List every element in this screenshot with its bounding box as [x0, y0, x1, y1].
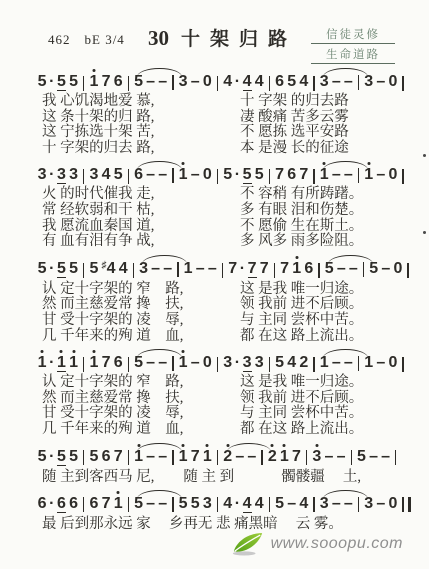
lyric-right: 与 主同 尝杯中苦。 [240, 406, 419, 422]
slur-group: 5––5 [323, 260, 380, 277]
note: 5 [90, 448, 99, 465]
lyric-row: 火 的时代催我 走,不 容稍 有所踌躇。 [42, 187, 419, 203]
lyric-right: 多 有眼 泪和伤楚。 [240, 203, 419, 219]
barline [395, 450, 396, 465]
note: 3 [312, 448, 321, 465]
lyric-right: 多 风多 雨多险阻。 [240, 234, 419, 250]
note: 0 [388, 166, 397, 183]
slur-group: 5––3 [132, 73, 189, 90]
note: 1 [292, 260, 301, 277]
barline [217, 450, 218, 465]
dash: – [376, 354, 385, 371]
site-url[interactable]: www.sooopu.com [271, 535, 403, 553]
dash: – [196, 260, 205, 277]
barline [83, 169, 84, 184]
lyric-left: 我 愿流血秦国 道, [42, 219, 240, 235]
note: 5 [38, 73, 47, 90]
dash: – [332, 166, 341, 183]
note: 7 [248, 260, 257, 278]
lyric-right: 领 我前 进不后顾。 [240, 391, 419, 407]
barline [172, 497, 173, 512]
dash: – [235, 448, 244, 465]
barline [402, 169, 403, 184]
barline [177, 262, 178, 277]
lyric-left: 然 而主慈爱常 搀 扶, [42, 297, 240, 313]
lyric-block: 认 定十字架的 窄 路,这 是我 唯一归途。然 而主慈爱常 搀 扶,领 我前 进… [42, 375, 419, 437]
note: 4 [287, 354, 296, 371]
note: 7 [275, 166, 284, 183]
note: 7 [102, 495, 111, 512]
barline [128, 357, 129, 372]
dash: – [146, 354, 155, 371]
lyric-row: 这 宁拣选十架 苦,不 愿拣 选平安路 [42, 125, 419, 141]
dash: – [163, 260, 172, 277]
note: 5 [69, 448, 78, 465]
dash: – [191, 73, 200, 90]
note: 5 [134, 73, 143, 90]
note: 3 [90, 166, 99, 183]
lyric-row-full: 最 后到那永远 家 乡再无 悲 痛黑暗 云 雾。 [42, 516, 419, 533]
barline [222, 263, 223, 278]
note: 6 [38, 495, 47, 512]
dash: – [324, 448, 333, 465]
lyric-right: 与 主同 尝杯中苦。 [240, 313, 419, 329]
note: 1 [184, 260, 193, 277]
lyric-row: 我 愿流血秦国 道,不 愿偷 生在斯土。 [42, 219, 419, 235]
note: 4 [223, 73, 232, 90]
barline [261, 450, 262, 465]
music-line-3: 3·333456––1–05·557671––1–0 [30, 159, 419, 186]
note: · [240, 260, 245, 277]
note: 1 [114, 495, 123, 512]
slur-group: 3––1 [137, 260, 194, 277]
lyric-row: 常 经软弱和干 枯,多 有眼 泪和伤楚。 [42, 203, 419, 219]
song-title-text: 十架归路 [181, 29, 297, 50]
note: 6 [69, 495, 78, 512]
barline [128, 169, 129, 184]
note: 1 [90, 73, 99, 90]
music-line-5: 5·555♯443––1––7·777165––5–0 [30, 253, 419, 281]
note: 7 [299, 166, 308, 183]
slur-group: 2––2 [222, 448, 279, 465]
note: 6 [57, 495, 66, 513]
note: 0 [203, 73, 212, 90]
note: 1 [364, 166, 373, 183]
lyric-left: 火 的时代催我 走, [42, 187, 240, 203]
note: 3 [320, 73, 329, 90]
note: 5 [134, 354, 143, 371]
note: 2 [299, 354, 308, 371]
dash: – [146, 166, 155, 183]
note: 5 [287, 73, 296, 90]
lyric-right: 领 我前 进不后顾。 [240, 297, 419, 313]
note: 1 [90, 354, 99, 371]
lyric-block: 我 心饥渴地爱 慕,十 字架 的归去路这 条十架的归 路,凄 酸痛 苦多云雾这 … [42, 94, 419, 156]
barline [358, 356, 359, 371]
dash: – [376, 73, 385, 90]
note: 0 [203, 166, 212, 183]
note: 5 [57, 260, 66, 278]
barline [83, 76, 84, 91]
note: 3 [69, 166, 78, 183]
sharp-sign: ♯ [102, 260, 107, 271]
dash: – [369, 448, 378, 465]
slur-group: 1––1 [318, 354, 375, 371]
note: 7 [102, 73, 111, 90]
note: · [49, 260, 54, 277]
lyric-left: 我 心饥渴地爱 慕, [42, 94, 240, 110]
note: 3 [223, 354, 232, 371]
lyric-row: 然 而主慈爱常 搀 扶,领 我前 进不后顾。 [42, 391, 419, 407]
note: 5 [134, 495, 143, 512]
note: 4 [255, 73, 264, 90]
note: 5 [191, 495, 200, 512]
lyric-row: 十 字架的归去 路,本 是漫 长的征途 [42, 141, 419, 157]
note: · [235, 166, 240, 183]
lyric-right: 十 字架 的归去路 [240, 94, 419, 110]
dash: – [158, 166, 167, 183]
note: 5 [275, 354, 284, 371]
note: 4 [243, 495, 252, 513]
music-line-9: 5·555671––1712––2173––5–– [30, 441, 419, 468]
note: 4 [102, 166, 111, 183]
note: 5 [90, 260, 99, 277]
dash: – [191, 354, 200, 371]
dash: – [344, 166, 353, 183]
note: 3 [364, 73, 373, 90]
barline [407, 263, 408, 278]
barline [358, 168, 359, 183]
note: 1 [57, 354, 66, 372]
credit-line-2: 生命道路 [311, 46, 395, 64]
note: 1 [364, 354, 373, 371]
slur-group: 3––3 [318, 73, 375, 90]
note: 4 [299, 495, 308, 512]
note: 4 [255, 495, 264, 512]
lyric-right: 都 在这 路上流出。 [240, 422, 419, 438]
note: 5 [57, 448, 66, 466]
dash: – [158, 495, 167, 512]
lyric-right: 本 是漫 长的征途 [240, 141, 419, 157]
barline [269, 76, 270, 91]
barline [402, 76, 403, 91]
lyric-left: 甘 受十字架的 凌 辱, [42, 313, 240, 329]
lyric-left: 常 经软弱和干 枯, [42, 203, 240, 219]
dash: – [376, 495, 385, 512]
note: 4 [299, 73, 308, 90]
lyric-right: 不 愿拣 选平安路 [240, 125, 419, 141]
note: · [235, 354, 240, 371]
lyric-row: 认 定十字架的 窄 路,这 是我 唯一归途。 [42, 282, 419, 298]
note: · [235, 495, 240, 512]
barline [313, 497, 314, 512]
note: 1 [320, 166, 329, 183]
barline [83, 497, 84, 512]
dash: – [332, 495, 341, 512]
music-line-7: 1·111765––1–03·335421––1–0 [30, 347, 419, 374]
note: 5 [69, 260, 78, 277]
lyric-left: 然 而主慈爱常 搀 扶, [42, 391, 240, 407]
dash: – [344, 354, 353, 371]
note: · [49, 73, 54, 90]
note: 5 [223, 166, 232, 183]
note: ♯4 [102, 260, 116, 279]
dash: – [158, 354, 167, 371]
note: 1 [179, 448, 188, 465]
lyric-right: 都 在这 路上流出。 [240, 329, 419, 345]
note: 0 [388, 495, 397, 512]
dash: – [146, 495, 155, 512]
note: 2 [268, 448, 277, 465]
note: 0 [203, 354, 212, 371]
footer: www.sooopu.com [231, 531, 403, 557]
note: 5 [69, 73, 78, 90]
dash: – [337, 260, 346, 277]
lyric-left: 有 血有泪有争 战, [42, 234, 240, 250]
note: 3 [57, 166, 66, 184]
barline [358, 497, 359, 512]
key-time-signature: bE 3/4 [85, 32, 125, 47]
barline [269, 357, 270, 372]
note: 1 [134, 448, 143, 465]
slur-group: 1––1 [132, 448, 189, 465]
barline [83, 450, 84, 465]
barline [358, 75, 359, 90]
barline [351, 450, 352, 465]
note: · [235, 73, 240, 90]
note: 3 [243, 354, 252, 372]
barline [217, 357, 218, 372]
note: 0 [393, 260, 402, 277]
note: 5 [255, 166, 264, 183]
dash: – [344, 73, 353, 90]
slur-group: 1––1 [318, 166, 375, 183]
dash: – [191, 166, 200, 183]
note: 7 [102, 354, 111, 371]
lyric-left: 认 定十字架的 窄 路, [42, 282, 240, 298]
barline [318, 263, 319, 278]
leaf-icon [231, 531, 265, 557]
note: 6 [90, 495, 99, 512]
note: 4 [243, 73, 252, 91]
note: 6 [114, 354, 123, 371]
dash: – [337, 448, 346, 465]
note: 1 [320, 354, 329, 371]
note: 5 [57, 73, 66, 91]
lyric-right: 不 容稍 有所踌躇。 [240, 187, 419, 203]
barline [269, 497, 270, 512]
lyric-row: 我 心饥渴地爱 慕,十 字架 的归去路 [42, 94, 419, 110]
note: · [49, 354, 54, 371]
note: 3 [320, 495, 329, 512]
dash: – [146, 73, 155, 90]
lyric-right: 不 愿偷 生在斯土。 [240, 219, 419, 235]
music-line-1: 5·551765––3–04·446543––3–0 [30, 66, 419, 93]
slur-group: 3––3 [318, 495, 375, 512]
note: 7 [292, 448, 301, 465]
credit-line-1: 信徒灵修 [311, 26, 395, 44]
barline [128, 497, 129, 512]
note: 7 [114, 448, 123, 465]
lyric-right: 这 是我 唯一归途。 [240, 282, 419, 298]
barline [217, 76, 218, 91]
note: 1 [179, 354, 188, 371]
barline [217, 497, 218, 512]
note: 3 [203, 495, 212, 512]
lyric-row: 认 定十字架的 窄 路,这 是我 唯一归途。 [42, 375, 419, 391]
sheet-page: 462bE 3/4 30十架归路 信徒灵修 生命道路 5·551765––3–0… [0, 0, 429, 533]
lyric-left: 这 宁拣选十架 苦, [42, 125, 240, 141]
barline [217, 169, 218, 184]
barline [172, 356, 173, 371]
note: 3 [255, 354, 264, 371]
note: · [49, 495, 54, 512]
note: 5 [243, 166, 252, 184]
catalog-and-key: 462bE 3/4 [48, 32, 125, 48]
barline [133, 263, 134, 278]
dash: – [344, 495, 353, 512]
dash: – [381, 448, 390, 465]
dash: – [287, 495, 296, 512]
lyric-right: 凄 酸痛 苦多云雾 [240, 110, 419, 126]
lyric-right: 这 是我 唯一归途。 [240, 375, 419, 391]
note: 6 [304, 260, 313, 277]
note: 0 [388, 354, 397, 371]
slur-group: 5––1 [132, 354, 189, 371]
dash: – [151, 260, 160, 277]
song-number: 30 [148, 26, 169, 50]
scan-speck [423, 231, 426, 234]
dash: – [349, 260, 358, 277]
lyric-left: 几 千年来的殉 道 血, [42, 422, 240, 438]
lyric-row: 然 而主慈爱常 搀 扶,领 我前 进不后顾。 [42, 297, 419, 313]
credits-block: 信徒灵修 生命道路 [311, 26, 395, 66]
note: 4 [223, 495, 232, 512]
lyric-row-full: 随 主到客西马 尼, 随 主 到 髑髅疆 土, [42, 469, 419, 486]
barline [313, 76, 314, 91]
barline [274, 263, 275, 278]
lyric-left: 认 定十字架的 窄 路, [42, 375, 240, 391]
note: 1 [203, 448, 212, 465]
slur-group: 5––5 [132, 495, 189, 512]
lyric-block: 认 定十字架的 窄 路,这 是我 唯一归途。然 而主慈爱常 搀 扶,领 我前 进… [42, 282, 419, 344]
note: · [49, 166, 54, 183]
barline [363, 262, 364, 277]
note: 7 [260, 260, 269, 277]
lyric-row: 这 条十架的归 路,凄 酸痛 苦多云雾 [42, 110, 419, 126]
note: 4 [119, 260, 128, 277]
note: 6 [102, 448, 111, 465]
barline [313, 357, 314, 372]
dash: – [381, 260, 390, 277]
note: 1 [69, 354, 78, 371]
note: 5 [179, 495, 188, 512]
note: 3 [38, 166, 47, 183]
note: 6 [275, 73, 284, 90]
lyric-row: 甘 受十字架的 凌 辱,与 主同 尝杯中苦。 [42, 406, 419, 422]
score-body: 5·551765––3–04·446543––3–0我 心饥渴地爱 慕,十 字架… [30, 66, 419, 533]
lyric-left: 十 字架的归去 路, [42, 141, 240, 157]
slur-group: 6––1 [132, 166, 189, 183]
note: 5 [325, 260, 334, 277]
note: 6 [114, 73, 123, 90]
note: 2 [223, 448, 232, 465]
barline [172, 168, 173, 183]
dash: – [158, 448, 167, 465]
barline [83, 263, 84, 278]
lyric-left: 这 条十架的归 路, [42, 110, 240, 126]
dash: – [247, 448, 256, 465]
barline [172, 450, 173, 465]
barline [83, 357, 84, 372]
barline [172, 75, 173, 90]
lyric-block: 火 的时代催我 走,不 容稍 有所踌躇。常 经软弱和干 枯,多 有眼 泪和伤楚。… [42, 187, 419, 249]
note: 1 [179, 166, 188, 183]
note: 5 [357, 448, 366, 465]
note: 7 [280, 260, 289, 277]
lyric-row: 甘 受十字架的 凌 辱,与 主同 尝杯中苦。 [42, 313, 419, 329]
lyric-left: 甘 受十字架的 凌 辱, [42, 406, 240, 422]
note: 6 [134, 166, 143, 183]
barline [402, 357, 403, 372]
final-barline [408, 497, 411, 512]
note: 3 [364, 495, 373, 512]
lyric-row: 几 千年来的殉 道 血,都 在这 路上流出。 [42, 329, 419, 345]
scan-speck [423, 154, 426, 157]
barline [128, 450, 129, 465]
dash: – [332, 354, 341, 371]
lyric-row: 有 血有泪有争 战,多 风多 雨多险阻。 [42, 234, 419, 250]
note: 7 [228, 260, 237, 277]
note: 3 [179, 73, 188, 90]
dash: – [158, 73, 167, 90]
note: 1 [38, 354, 47, 371]
barline [306, 450, 307, 465]
note: 5 [114, 166, 123, 183]
note: 7 [191, 448, 200, 465]
note: · [49, 448, 54, 465]
note: 5 [38, 260, 47, 277]
barline [128, 76, 129, 91]
note: 6 [287, 166, 296, 183]
note: 0 [388, 73, 397, 90]
lyric-row: 几 千年来的殉 道 血,都 在这 路上流出。 [42, 422, 419, 438]
song-title: 30十架归路 [148, 24, 297, 51]
note: 5 [275, 495, 284, 512]
dash: – [376, 166, 385, 183]
music-line-11: 6·666715––5534·445–43––3–0 [30, 488, 419, 515]
dash: – [208, 260, 217, 277]
note: 5 [369, 260, 378, 277]
note: 3 [139, 260, 148, 277]
barline [402, 497, 403, 512]
lyric-left: 几 千年来的殉 道 血, [42, 329, 240, 345]
header: 462bE 3/4 30十架归路 信徒灵修 生命道路 [30, 24, 419, 64]
dash: – [332, 73, 341, 90]
dash: – [146, 448, 155, 465]
barline [269, 169, 270, 184]
note: 1 [280, 448, 289, 465]
catalog-number: 462 [48, 32, 71, 47]
note: 5 [38, 448, 47, 465]
barline [313, 169, 314, 184]
